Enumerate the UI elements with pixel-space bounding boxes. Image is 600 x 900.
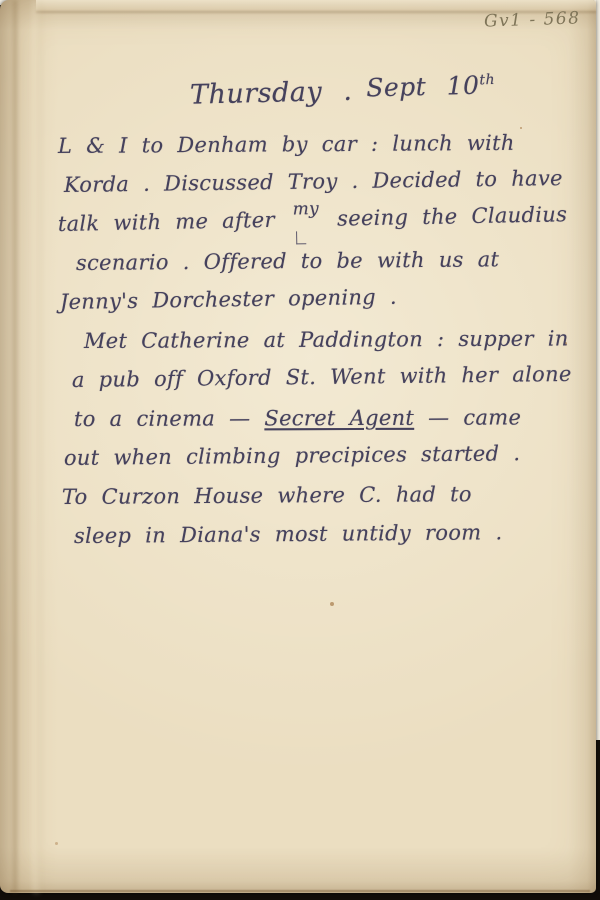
entry-line: Jenny's Dorchester opening . bbox=[60, 282, 559, 329]
entry-text-segment: to a cinema — bbox=[74, 406, 250, 431]
bottom-page-edge bbox=[10, 890, 590, 892]
entry-line: To Curzon House where C. had to bbox=[62, 482, 558, 524]
foxing-speck bbox=[55, 842, 58, 845]
entry-text-segment: talk with me after bbox=[58, 208, 275, 236]
foxing-speck bbox=[330, 602, 334, 606]
top-fold-highlight bbox=[36, 0, 596, 11]
inserted-word-wrap: my bbox=[293, 207, 320, 232]
entry-line: Met Catherine at Paddington : supper in bbox=[84, 327, 558, 368]
foxing-speck bbox=[520, 127, 522, 129]
inserted-word: my bbox=[292, 199, 319, 220]
entry-line: out when climbing precipices started . bbox=[64, 441, 558, 485]
underlined-film-title: Secret Agent bbox=[264, 406, 414, 431]
entry-text-segment: sleep in Diana's most untidy room . bbox=[74, 520, 503, 548]
entry-line: talk with me after my seeing the Claudiu… bbox=[58, 202, 559, 251]
entry-text-segment: Met Catherine at Paddington : supper in bbox=[84, 326, 569, 353]
entry-date-suffix: th bbox=[479, 72, 495, 88]
left-crease bbox=[13, 0, 17, 893]
entry-date: Sept 10th bbox=[366, 70, 496, 102]
insertion-caret-mark bbox=[296, 231, 306, 244]
entry-text-segment: out when climbing precipices started . bbox=[64, 441, 521, 470]
entry-line: a pub off Oxford St. Went with her alone bbox=[72, 362, 558, 407]
entry-date-heading: Thursday .Sept 10th bbox=[190, 72, 496, 110]
diary-paper: Gv1 - 568 Thursday .Sept 10th L & I to D… bbox=[0, 0, 596, 893]
entry-text-segment: L & I to Denham by car : lunch with bbox=[58, 131, 515, 158]
entry-line: to a cinema — Secret Agent — came bbox=[74, 405, 558, 446]
archive-shelfmark: Gv1 - 568 bbox=[483, 8, 580, 31]
entry-text-segment: Jenny's Dorchester opening . bbox=[60, 285, 397, 314]
entry-text-segment: scenario . Offered to be with us at bbox=[76, 247, 499, 275]
diary-page-scan: Gv1 - 568 Thursday .Sept 10th L & I to D… bbox=[0, 0, 600, 900]
entry-day: Thursday . bbox=[190, 76, 353, 111]
left-crease-highlight bbox=[34, 0, 40, 893]
entry-text-segment: To Curzon House where C. had to bbox=[62, 482, 472, 509]
entry-line: sleep in Diana's most untidy room . bbox=[74, 520, 558, 563]
diary-entry: L & I to Denham by car : lunch withKorda… bbox=[58, 134, 558, 563]
entry-text-segment: a pub off Oxford St. Went with her alone bbox=[72, 362, 572, 392]
entry-text-segment: seeing the Claudius bbox=[337, 202, 567, 230]
entry-text-segment: — came bbox=[428, 405, 521, 429]
